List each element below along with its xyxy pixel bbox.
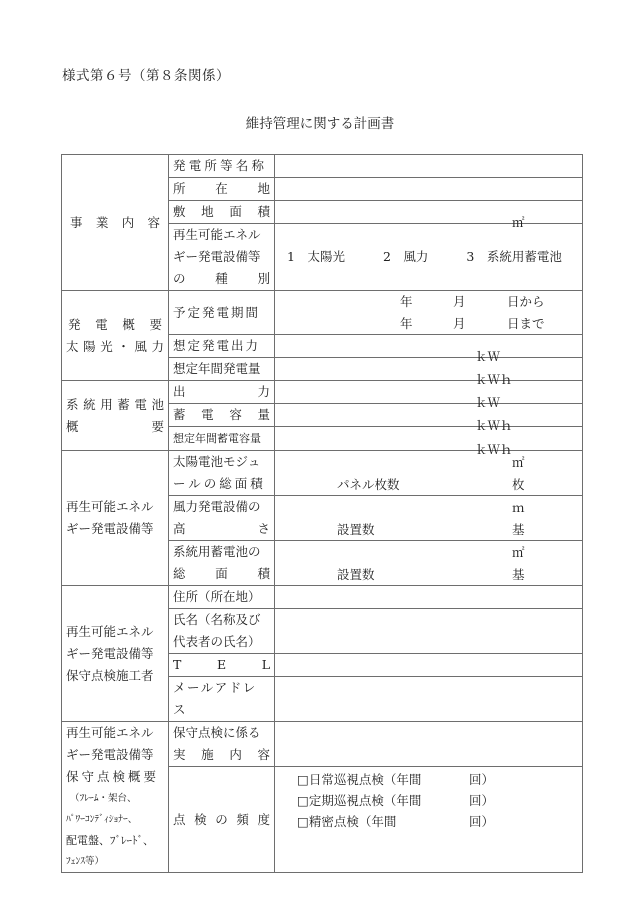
type-label-line3: の 種 別: [169, 268, 275, 291]
label-text: ﾊﾟﾜｰｺﾝﾃﾞｨｼｮﾅｰ、: [66, 809, 164, 830]
label-text: 風力発電設備の: [173, 496, 270, 518]
label-char: 積: [257, 201, 270, 223]
label-char: の: [173, 268, 186, 290]
label-char: 概: [122, 314, 135, 336]
label-char: 面: [215, 563, 228, 585]
label-text: 住所（所在地）: [173, 589, 261, 604]
check-label: 定期巡視点検（年間: [309, 793, 422, 808]
label-char: 業: [96, 212, 109, 234]
label-char: 容: [257, 744, 270, 766]
label-char: 池: [151, 394, 164, 416]
label-text: ギー発電設備等: [66, 643, 164, 665]
wind-height-field[interactable]: ｍ 設置数 基: [275, 496, 583, 541]
label-text: 予定発電期間: [173, 302, 260, 324]
document-title: 維持管理に関する計画書: [0, 112, 630, 132]
check-label: 精密点検（年間: [309, 814, 397, 829]
category-maintenance: 再生可能エネル ギー発電設備等 保守点検概要 （ﾌﾚｰﾑ・架台、 ﾊﾟﾜｰｺﾝﾃ…: [62, 722, 169, 873]
label-char: 統: [83, 394, 96, 416]
maintenance-plan-table: 事 業 内 容 発電所等名称 所 在 地 敷 地 面 積 ㎡ 再生可能エネル 1…: [61, 154, 583, 873]
label-char: 電: [95, 314, 108, 336]
label-char: 積: [257, 563, 270, 585]
label-char: 内: [122, 212, 135, 234]
label-char: 量: [257, 404, 270, 426]
bat-annual-field[interactable]: ｋＷｈ: [275, 427, 583, 451]
label-char: 事: [70, 212, 83, 234]
label-char: 蓄: [173, 404, 186, 426]
label-char: の: [215, 809, 228, 831]
label-char: 要: [149, 314, 162, 336]
plant-name-label: 発電所等名称: [169, 155, 275, 178]
label-text: ギー発電設備等: [173, 249, 261, 264]
label-text: （ﾌﾚｰﾑ・架台、: [66, 788, 164, 809]
checkbox-icon[interactable]: □: [297, 814, 309, 829]
label-char: 高: [173, 518, 186, 540]
battery-area-label: 系統用蓄電池の 総 面 積: [169, 541, 275, 586]
check-detailed[interactable]: □精密点検（年間回）: [297, 811, 578, 832]
label-text: 想定発電出力: [173, 338, 260, 353]
label-text: 太陽電池モジュ: [173, 451, 270, 473]
label-char: 陽: [83, 336, 96, 358]
name-field[interactable]: [275, 609, 583, 654]
location-label: 所 在 地: [169, 178, 275, 201]
install-count-label: 設置数: [337, 564, 375, 586]
address-field[interactable]: [275, 586, 583, 609]
month-label: 月: [453, 313, 466, 335]
site-area-label: 敷 地 面 積: [169, 201, 275, 224]
label-text: 保守点検概要: [66, 766, 164, 788]
label-char: 概: [66, 416, 79, 438]
type-option-solar[interactable]: 1 太陽光: [287, 246, 345, 268]
bat-annual-label: 想定年間蓄電容量: [169, 427, 275, 451]
check-suffix: 回）: [469, 790, 494, 811]
unit-sheets: 枚: [512, 474, 525, 496]
type-option-battery[interactable]: 3 系統用蓄電池: [466, 246, 561, 268]
unit-sqm: ㎡: [512, 452, 525, 474]
gen-output-label: 想定発電出力: [169, 335, 275, 358]
category-battery: 系 統 用 蓄 電 池 概 要: [62, 381, 169, 451]
label-char: 検: [194, 809, 207, 831]
label-char: 系: [66, 394, 79, 416]
label-char: 容: [147, 212, 160, 234]
category-equipment: 再生可能エネル ギー発電設備等: [62, 451, 169, 586]
label-text: ギー発電設備等: [66, 518, 164, 540]
label-char: ・: [117, 336, 130, 358]
check-suffix: 回）: [469, 769, 494, 790]
check-suffix: 回）: [469, 811, 494, 832]
month-label: 月: [453, 291, 466, 313]
label-text: 想定年間蓄電容量: [173, 432, 261, 445]
bat-capacity-field[interactable]: ｋＷｈ: [275, 404, 583, 427]
content-label: 保守点検に係る 実 施 内 容: [169, 722, 275, 767]
label-char: 太: [66, 336, 79, 358]
label-char: L: [262, 654, 270, 676]
category-generation: 発 電 概 要 太 陽 光 ・ 風 力: [62, 291, 169, 381]
unit-kw: ｋＷ: [475, 346, 500, 368]
install-count-label: 設置数: [337, 519, 375, 541]
unit-units: 基: [512, 564, 525, 586]
frequency-field: □日常巡視点検（年間回） □定期巡視点検（年間回） □精密点検（年間回）: [275, 767, 583, 873]
unit-sqm: ㎡: [512, 542, 525, 564]
content-field[interactable]: [275, 722, 583, 767]
label-char: 頻: [236, 809, 249, 831]
label-char: 所: [173, 178, 186, 200]
type-options-field[interactable]: 1 太陽光 2 風力 3 系統用蓄電池: [275, 224, 583, 291]
panel-count-label: パネル枚数: [337, 474, 400, 496]
day-to-label: 日まで: [507, 313, 545, 335]
label-char: 別: [257, 268, 270, 290]
checkbox-icon[interactable]: □: [297, 793, 309, 808]
unit-meter: ｍ: [512, 497, 525, 519]
label-text: ールの総面積: [173, 473, 270, 495]
unit-kwh: ｋＷｈ: [475, 369, 513, 391]
label-text: ギー発電設備等: [66, 744, 164, 766]
label-char: 力: [151, 336, 164, 358]
address-label: 住所（所在地）: [169, 586, 275, 609]
category-contractor: 再生可能エネル ギー発電設備等 保守点検施工者: [62, 586, 169, 722]
period-field[interactable]: 年 月 日から 年 月 日まで: [275, 291, 583, 335]
tel-label: T E L: [169, 654, 275, 677]
label-char: 敷: [173, 201, 186, 223]
name-label: 氏名（名称及び 代表者の氏名）: [169, 609, 275, 654]
label-char: 発: [68, 314, 81, 336]
battery-area-field[interactable]: ㎡ 設置数 基: [275, 541, 583, 586]
solar-area-field[interactable]: ㎡ パネル枚数 枚: [275, 451, 583, 496]
type-option-wind[interactable]: 2 風力: [383, 246, 428, 268]
label-text: 保守点検施工者: [66, 665, 164, 687]
email-field[interactable]: [275, 677, 583, 722]
form-number: 様式第６号（第８条関係）: [62, 64, 230, 84]
check-daily[interactable]: □日常巡視点検（年間回）: [297, 769, 578, 790]
label-text: 系統用蓄電池の: [173, 541, 270, 563]
label-char: 点: [173, 809, 186, 831]
label-text: 再生可能エネル: [66, 722, 164, 744]
label-text: ﾌｪﾝｽ等）: [66, 851, 164, 872]
label-char: 力: [257, 381, 270, 403]
label-char: 地: [257, 178, 270, 200]
label-text: 想定年間発電量: [173, 361, 261, 376]
solar-area-label: 太陽電池モジュ ールの総面積: [169, 451, 275, 496]
label-text: 代表者の氏名）: [173, 631, 270, 653]
gen-annual-label: 想定年間発電量: [169, 358, 275, 381]
checkbox-icon[interactable]: □: [297, 772, 309, 787]
label-text: 再生可能エネル: [66, 496, 164, 518]
label-char: 総: [173, 563, 186, 585]
label-text: 発電所等名称: [173, 155, 267, 177]
label-char: 度: [257, 809, 270, 831]
label-char: 要: [151, 416, 164, 438]
label-text: 再生可能エネル: [66, 621, 164, 643]
bat-capacity-label: 蓄 電 容 量: [169, 404, 275, 427]
label-char: さ: [257, 518, 270, 540]
frequency-label: 点 検 の 頻 度: [169, 767, 275, 873]
check-label: 日常巡視点検（年間: [309, 772, 422, 787]
label-char: 電: [201, 404, 214, 426]
plant-name-field[interactable]: [275, 155, 583, 178]
label-char: 容: [229, 404, 242, 426]
label-text: メールアドレス: [173, 680, 257, 717]
label-char: 蓄: [117, 394, 130, 416]
label-char: 実: [173, 744, 186, 766]
label-text: 保守点検に係る: [173, 722, 270, 744]
year-label: 年: [400, 291, 413, 313]
label-char: 用: [100, 394, 113, 416]
gen-annual-field[interactable]: ｋＷｈ: [275, 358, 583, 381]
wind-height-label: 風力発電設備の 高 さ: [169, 496, 275, 541]
label-text: 再生可能エネル: [173, 227, 261, 242]
gen-output-field[interactable]: ｋＷ: [275, 335, 583, 358]
label-char: 在: [215, 178, 228, 200]
label-text: 配電盤、ﾌﾞﾚｰﾄﾞ、: [66, 830, 164, 851]
period-label: 予定発電期間: [169, 291, 275, 335]
unit-units: 基: [512, 519, 525, 541]
unit-kw: ｋＷ: [475, 392, 500, 414]
label-char: 出: [173, 381, 186, 403]
category-business: 事 業 内 容: [62, 155, 169, 291]
label-char: 地: [201, 201, 214, 223]
label-char: 光: [100, 336, 113, 358]
site-area-field[interactable]: ㎡: [275, 201, 583, 224]
tel-field[interactable]: [275, 654, 583, 677]
bat-output-label: 出 力: [169, 381, 275, 404]
label-char: 風: [134, 336, 147, 358]
label-char: T: [173, 654, 181, 676]
email-label: メールアドレス: [169, 677, 275, 722]
unit-sqm: ㎡: [512, 212, 525, 234]
type-label-line2: ギー発電設備等: [169, 246, 275, 268]
year-label: 年: [400, 313, 413, 335]
label-char: 種: [215, 268, 228, 290]
label-char: E: [217, 654, 226, 676]
label-char: 面: [229, 201, 242, 223]
label-text: 氏名（名称及び: [173, 609, 270, 631]
type-label-line1: 再生可能エネル: [169, 224, 275, 247]
check-periodic[interactable]: □定期巡視点検（年間回）: [297, 790, 578, 811]
unit-kwh: ｋＷｈ: [475, 415, 513, 437]
bat-output-field[interactable]: ｋＷ: [275, 381, 583, 404]
label-char: 内: [229, 744, 242, 766]
label-char: 電: [134, 394, 147, 416]
location-field[interactable]: [275, 178, 583, 201]
label-char: 施: [201, 744, 214, 766]
day-from-label: 日から: [507, 291, 545, 313]
